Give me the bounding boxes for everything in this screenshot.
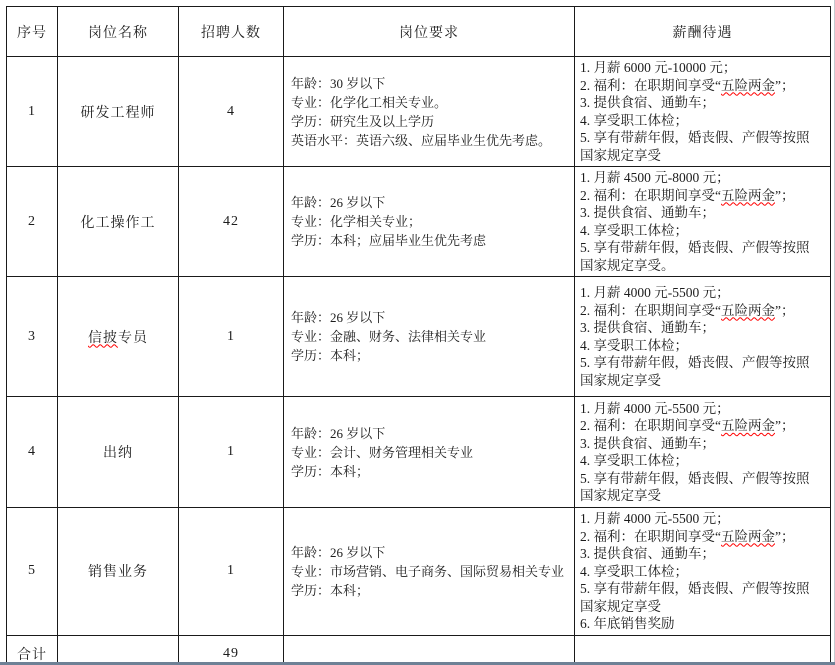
document-page: 序号 岗位名称 招聘人数 岗位要求 薪酬待遇 1 研发工程师 4 年龄：30 岁… — [0, 0, 835, 665]
footer-row: 合计 49 — [7, 635, 831, 665]
text-line: 4. 享受职工体检； — [580, 452, 816, 470]
spellcheck-underline: 五险两金 — [721, 188, 775, 203]
text-line: 年龄：26 岁以下 — [291, 543, 571, 562]
cell-requirements[interactable]: 年龄：26 岁以下专业：会计、财务管理相关专业学历：本科； — [284, 397, 575, 508]
cell-no[interactable]: 5 — [7, 508, 58, 636]
column-header-headcount: 招聘人数 — [179, 7, 284, 57]
text-line: 年龄：26 岁以下 — [291, 424, 571, 443]
cell-salary[interactable]: 1. 月薪 4000 元-5500 元；2. 福利：在职期间享受“五险两金”；3… — [575, 277, 831, 397]
cell-salary[interactable]: 1. 月薪 4500 元-8000 元；2. 福利：在职期间享受“五险两金”；3… — [575, 167, 831, 277]
spellcheck-underline: 五险两金 — [721, 78, 775, 93]
table-row: 5 销售业务 1 年龄：26 岁以下专业：市场营销、电子商务、国际贸易相关专业学… — [7, 508, 831, 636]
cell-headcount[interactable]: 42 — [179, 167, 284, 277]
text-line: 学历：本科； — [291, 346, 571, 365]
cell-empty[interactable] — [284, 635, 575, 665]
text-line: 专业：化学化工相关专业。 — [291, 93, 571, 112]
text-line: 3. 提供食宿、通勤车； — [580, 435, 816, 453]
text-line: 专业：会计、财务管理相关专业 — [291, 443, 571, 462]
text-line: 4. 享受职工体检； — [580, 337, 816, 355]
text-line: 4. 享受职工体检； — [580, 222, 816, 240]
column-header-position: 岗位名称 — [58, 7, 179, 57]
text-line: 1. 月薪 4000 元-5500 元； — [580, 510, 816, 528]
text-line: 5. 享有带薪年假，婚丧假、产假等按照国家规定享受 — [580, 470, 816, 505]
cell-requirements[interactable]: 年龄：26 岁以下专业：金融、财务、法律相关专业学历：本科； — [284, 277, 575, 397]
cell-no[interactable]: 3 — [7, 277, 58, 397]
recruitment-table: 序号 岗位名称 招聘人数 岗位要求 薪酬待遇 1 研发工程师 4 年龄：30 岁… — [6, 6, 831, 665]
cell-headcount[interactable]: 1 — [179, 508, 284, 636]
cell-position[interactable]: 信披专员 — [58, 277, 179, 397]
text-line: 5. 享有带薪年假，婚丧假、产假等按照国家规定享受 — [580, 580, 816, 615]
cell-position[interactable]: 化工操作工 — [58, 167, 179, 277]
text-line: 2. 福利：在职期间享受“五险两金”； — [580, 417, 816, 435]
text-line: 2. 福利：在职期间享受“五险两金”； — [580, 77, 816, 95]
cell-empty[interactable] — [58, 635, 179, 665]
text-line: 学历：本科；应届毕业生优先考虑 — [291, 231, 571, 250]
text-line: 3. 提供食宿、通勤车； — [580, 204, 816, 222]
cell-headcount[interactable]: 1 — [179, 397, 284, 508]
cell-position[interactable]: 销售业务 — [58, 508, 179, 636]
text-line: 3. 提供食宿、通勤车； — [580, 94, 816, 112]
column-header-requirements: 岗位要求 — [284, 7, 575, 57]
text-line: 4. 享受职工体检； — [580, 563, 816, 581]
text-line: 5. 享有带薪年假，婚丧假、产假等按照国家规定享受。 — [580, 239, 816, 274]
spellcheck-underline: 五险两金 — [721, 529, 775, 544]
text-line: 2. 福利：在职期间享受“五险两金”； — [580, 187, 816, 205]
text-line: 年龄：30 岁以下 — [291, 74, 571, 93]
text-line: 4. 享受职工体检； — [580, 112, 816, 130]
text-line: 1. 月薪 4500 元-8000 元； — [580, 169, 816, 187]
text-line: 英语水平：英语六级、应届毕业生优先考虑。 — [291, 131, 571, 150]
spellcheck-underline: 五险两金 — [721, 303, 775, 318]
text-line: 学历：本科； — [291, 581, 571, 600]
table-row: 4 出纳 1 年龄：26 岁以下专业：会计、财务管理相关专业学历：本科； 1. … — [7, 397, 831, 508]
cell-total-label[interactable]: 合计 — [7, 635, 58, 665]
text-line: 1. 月薪 4000 元-5500 元； — [580, 400, 816, 418]
text-line: 2. 福利：在职期间享受“五险两金”； — [580, 302, 816, 320]
text-line: 专业：市场营销、电子商务、国际贸易相关专业 — [291, 562, 571, 581]
cell-no[interactable]: 1 — [7, 57, 58, 167]
text-line: 3. 提供食宿、通勤车； — [580, 319, 816, 337]
column-header-no: 序号 — [7, 7, 58, 57]
text-line: 6. 年底销售奖励 — [580, 615, 816, 633]
spellcheck-underline: 五险两金 — [721, 418, 775, 433]
cell-headcount[interactable]: 4 — [179, 57, 284, 167]
text-line: 学历：研究生及以上学历 — [291, 112, 571, 131]
text-line: 专业：金融、财务、法律相关专业 — [291, 327, 571, 346]
cell-requirements[interactable]: 年龄：26 岁以下专业：市场营销、电子商务、国际贸易相关专业学历：本科； — [284, 508, 575, 636]
table-row: 1 研发工程师 4 年龄：30 岁以下专业：化学化工相关专业。学历：研究生及以上… — [7, 57, 831, 167]
text-line: 5. 享有带薪年假，婚丧假、产假等按照国家规定享受 — [580, 129, 816, 164]
text-line: 3. 提供食宿、通勤车； — [580, 545, 816, 563]
table-row: 3 信披专员 1 年龄：26 岁以下专业：金融、财务、法律相关专业学历：本科； … — [7, 277, 831, 397]
cell-requirements[interactable]: 年龄：26 岁以下专业：化学相关专业；学历：本科；应届毕业生优先考虑 — [284, 167, 575, 277]
cell-no[interactable]: 4 — [7, 397, 58, 508]
cell-position[interactable]: 出纳 — [58, 397, 179, 508]
cell-salary[interactable]: 1. 月薪 6000 元-10000 元；2. 福利：在职期间享受“五险两金”；… — [575, 57, 831, 167]
text-line: 2. 福利：在职期间享受“五险两金”； — [580, 528, 816, 546]
text-line: 年龄：26 岁以下 — [291, 193, 571, 212]
text-line: 专业：化学相关专业； — [291, 212, 571, 231]
text-line: 学历：本科； — [291, 462, 571, 481]
text-line: 年龄：26 岁以下 — [291, 308, 571, 327]
table-row: 2 化工操作工 42 年龄：26 岁以下专业：化学相关专业；学历：本科；应届毕业… — [7, 167, 831, 277]
column-header-salary: 薪酬待遇 — [575, 7, 831, 57]
cell-headcount[interactable]: 1 — [179, 277, 284, 397]
header-row: 序号 岗位名称 招聘人数 岗位要求 薪酬待遇 — [7, 7, 831, 57]
cell-requirements[interactable]: 年龄：30 岁以下专业：化学化工相关专业。学历：研究生及以上学历英语水平：英语六… — [284, 57, 575, 167]
text-line: 1. 月薪 4000 元-5500 元； — [580, 284, 816, 302]
cell-position[interactable]: 研发工程师 — [58, 57, 179, 167]
cell-no[interactable]: 2 — [7, 167, 58, 277]
text-line: 5. 享有带薪年假，婚丧假、产假等按照国家规定享受 — [580, 354, 816, 389]
spellcheck-underline: 信披 — [88, 331, 118, 346]
cell-salary[interactable]: 1. 月薪 4000 元-5500 元；2. 福利：在职期间享受“五险两金”；3… — [575, 397, 831, 508]
position-label: 专员 — [118, 331, 148, 346]
cell-empty[interactable] — [575, 635, 831, 665]
cell-total-value[interactable]: 49 — [179, 635, 284, 665]
text-line: 1. 月薪 6000 元-10000 元； — [580, 59, 816, 77]
cell-salary[interactable]: 1. 月薪 4000 元-5500 元；2. 福利：在职期间享受“五险两金”；3… — [575, 508, 831, 636]
